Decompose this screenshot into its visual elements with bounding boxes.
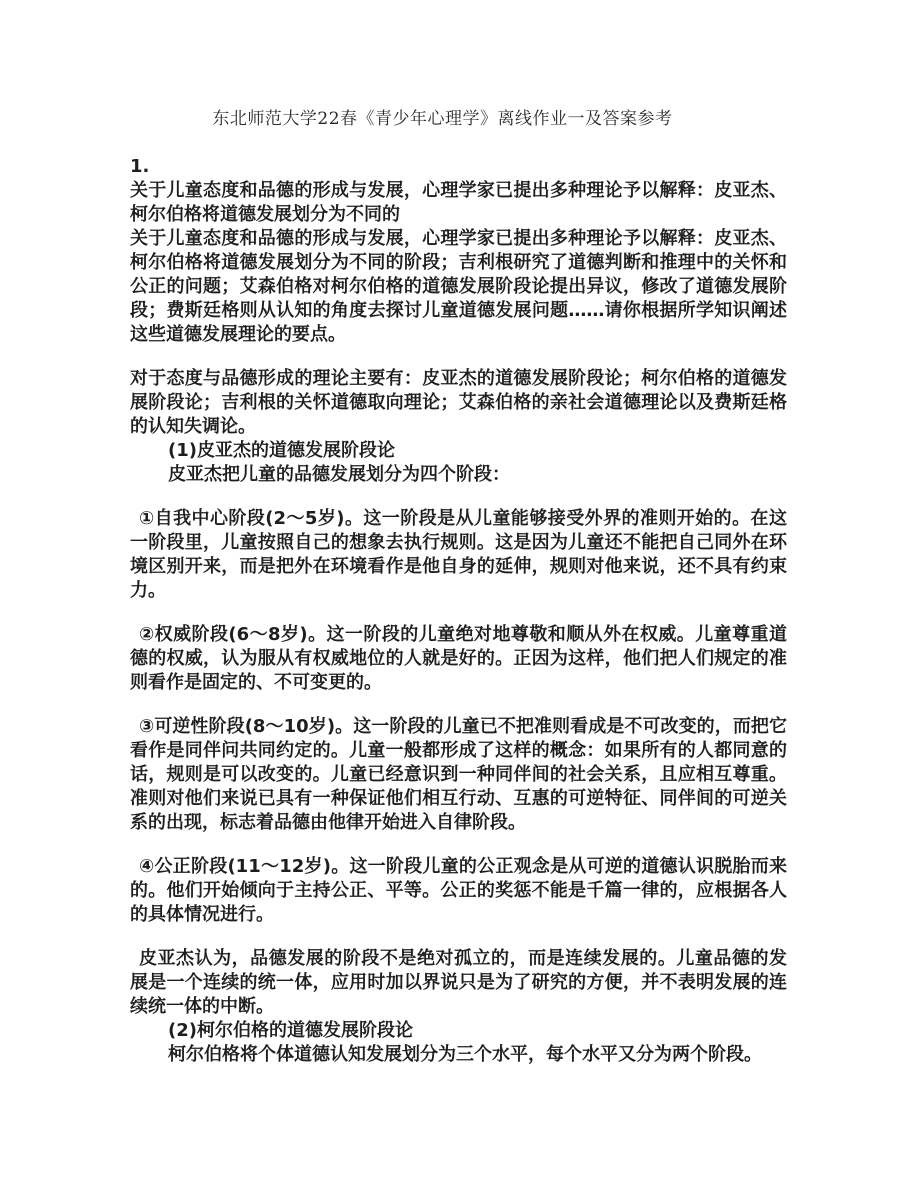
text-line: ④公正阶段(11～12岁)。这一阶段儿童的公正观念是从可逆的道德认识脱胎而来 [130, 855, 787, 879]
text-line: 看作是同伴问共同约定的。儿童一般都形成了这样的概念：如果所有的人都同意的 [130, 739, 787, 763]
text-line: 柯尔伯格将个体道德认知发展划分为三个水平，每个水平又分为两个阶段。 [130, 1043, 787, 1067]
text-line: 关于儿童态度和品德的形成与发展，心理学家已提出多种理论予以解释：皮亚杰、 [130, 227, 787, 251]
text-line: 一阶段里，儿童按照自己的想象去执行规则。这是因为儿童还不能把自己同外在环 [130, 531, 787, 555]
text-line: 关于儿童态度和品德的形成与发展，心理学家已提出多种理论予以解释：皮亚杰、 [130, 179, 787, 203]
text-line: 段；费斯廷格则从认知的角度去探讨儿童道德发展问题……请你根据所学知识阐述 [130, 299, 787, 323]
blank-line [130, 835, 787, 855]
text-line: 展阶段论；吉利根的关怀道德取向理论；艾森伯格的亲社会道德理论以及费斯廷格 [130, 391, 787, 415]
text-line: 续统一体的中断。 [130, 995, 787, 1019]
text-line: 1. [130, 155, 787, 179]
text-line: (2)柯尔伯格的道德发展阶段论 [130, 1019, 787, 1043]
document-page: 东北师范大学22春《青少年心理学》离线作业一及答案参考 1.关于儿童态度和品德的… [0, 0, 920, 1191]
blank-line [130, 695, 787, 715]
document-body: 1.关于儿童态度和品德的形成与发展，心理学家已提出多种理论予以解释：皮亚杰、柯尔… [130, 155, 787, 1067]
text-line: 境区别开来，而是把外在环境看作是他自身的延伸，规则对他来说，还不具有约束 [130, 555, 787, 579]
text-line: 柯尔伯格将道德发展划分为不同的 [130, 203, 787, 227]
blank-line [130, 927, 787, 947]
text-line: 的具体情况进行。 [130, 903, 787, 927]
text-line: 公正的问题；艾森伯格对柯尔伯格的道德发展阶段论提出异议，修改了道德发展阶 [130, 275, 787, 299]
text-line: ③可逆性阶段(8～10岁)。这一阶段的儿童已不把准则看成是不可改变的，而把它 [130, 715, 787, 739]
title-gap [0, 131, 920, 155]
text-line: 话，规则是可以改变的。儿童已经意识到一种同伴间的社会关系，且应相互尊重。 [130, 763, 787, 787]
blank-line [130, 347, 787, 367]
blank-line [130, 603, 787, 623]
text-line: 对于态度与品德形成的理论主要有：皮亚杰的道德发展阶段论；柯尔伯格的道德发 [130, 367, 787, 391]
text-line: 展是一个连续的统一体，应用时加以界说只是为了研究的方便，并不表明发展的连 [130, 971, 787, 995]
text-line: ①自我中心阶段(2～5岁)。这一阶段是从儿童能够接受外界的准则开始的。在这 [130, 507, 787, 531]
text-line: 皮亚杰认为，品德发展的阶段不是绝对孤立的，而是连续发展的。儿童品德的发 [130, 947, 787, 971]
text-line: 德的权威，认为服从有权威地位的人就是好的。正因为这样，他们把人们规定的准 [130, 647, 787, 671]
text-line: 力。 [130, 579, 787, 603]
blank-line [130, 487, 787, 507]
document-title: 东北师范大学22春《青少年心理学》离线作业一及答案参考 [114, 107, 771, 131]
text-line: 系的出现，标志着品德由他律开始进入自律阶段。 [130, 811, 787, 835]
text-line: 准则对他们来说已具有一种保证他们相互行动、互惠的可逆特征、同伴间的可逆关 [130, 787, 787, 811]
text-line: ②权威阶段(6～8岁)。这一阶段的儿童绝对地尊敬和顺从外在权威。儿童尊重道 [130, 623, 787, 647]
text-line: 柯尔伯格将道德发展划分为不同的阶段；吉利根研究了道德判断和推理中的关怀和 [130, 251, 787, 275]
text-line: 则看作是固定的、不可变更的。 [130, 671, 787, 695]
text-line: 的。他们开始倾向于主持公正、平等。公正的奖惩不能是千篇一律的，应根据各人 [130, 879, 787, 903]
text-line: 这些道德发展理论的要点。 [130, 323, 787, 347]
text-line: (1)皮亚杰的道德发展阶段论 [130, 439, 787, 463]
text-line: 的认知失调论。 [130, 415, 787, 439]
text-line: 皮亚杰把儿童的品德发展划分为四个阶段： [130, 463, 787, 487]
